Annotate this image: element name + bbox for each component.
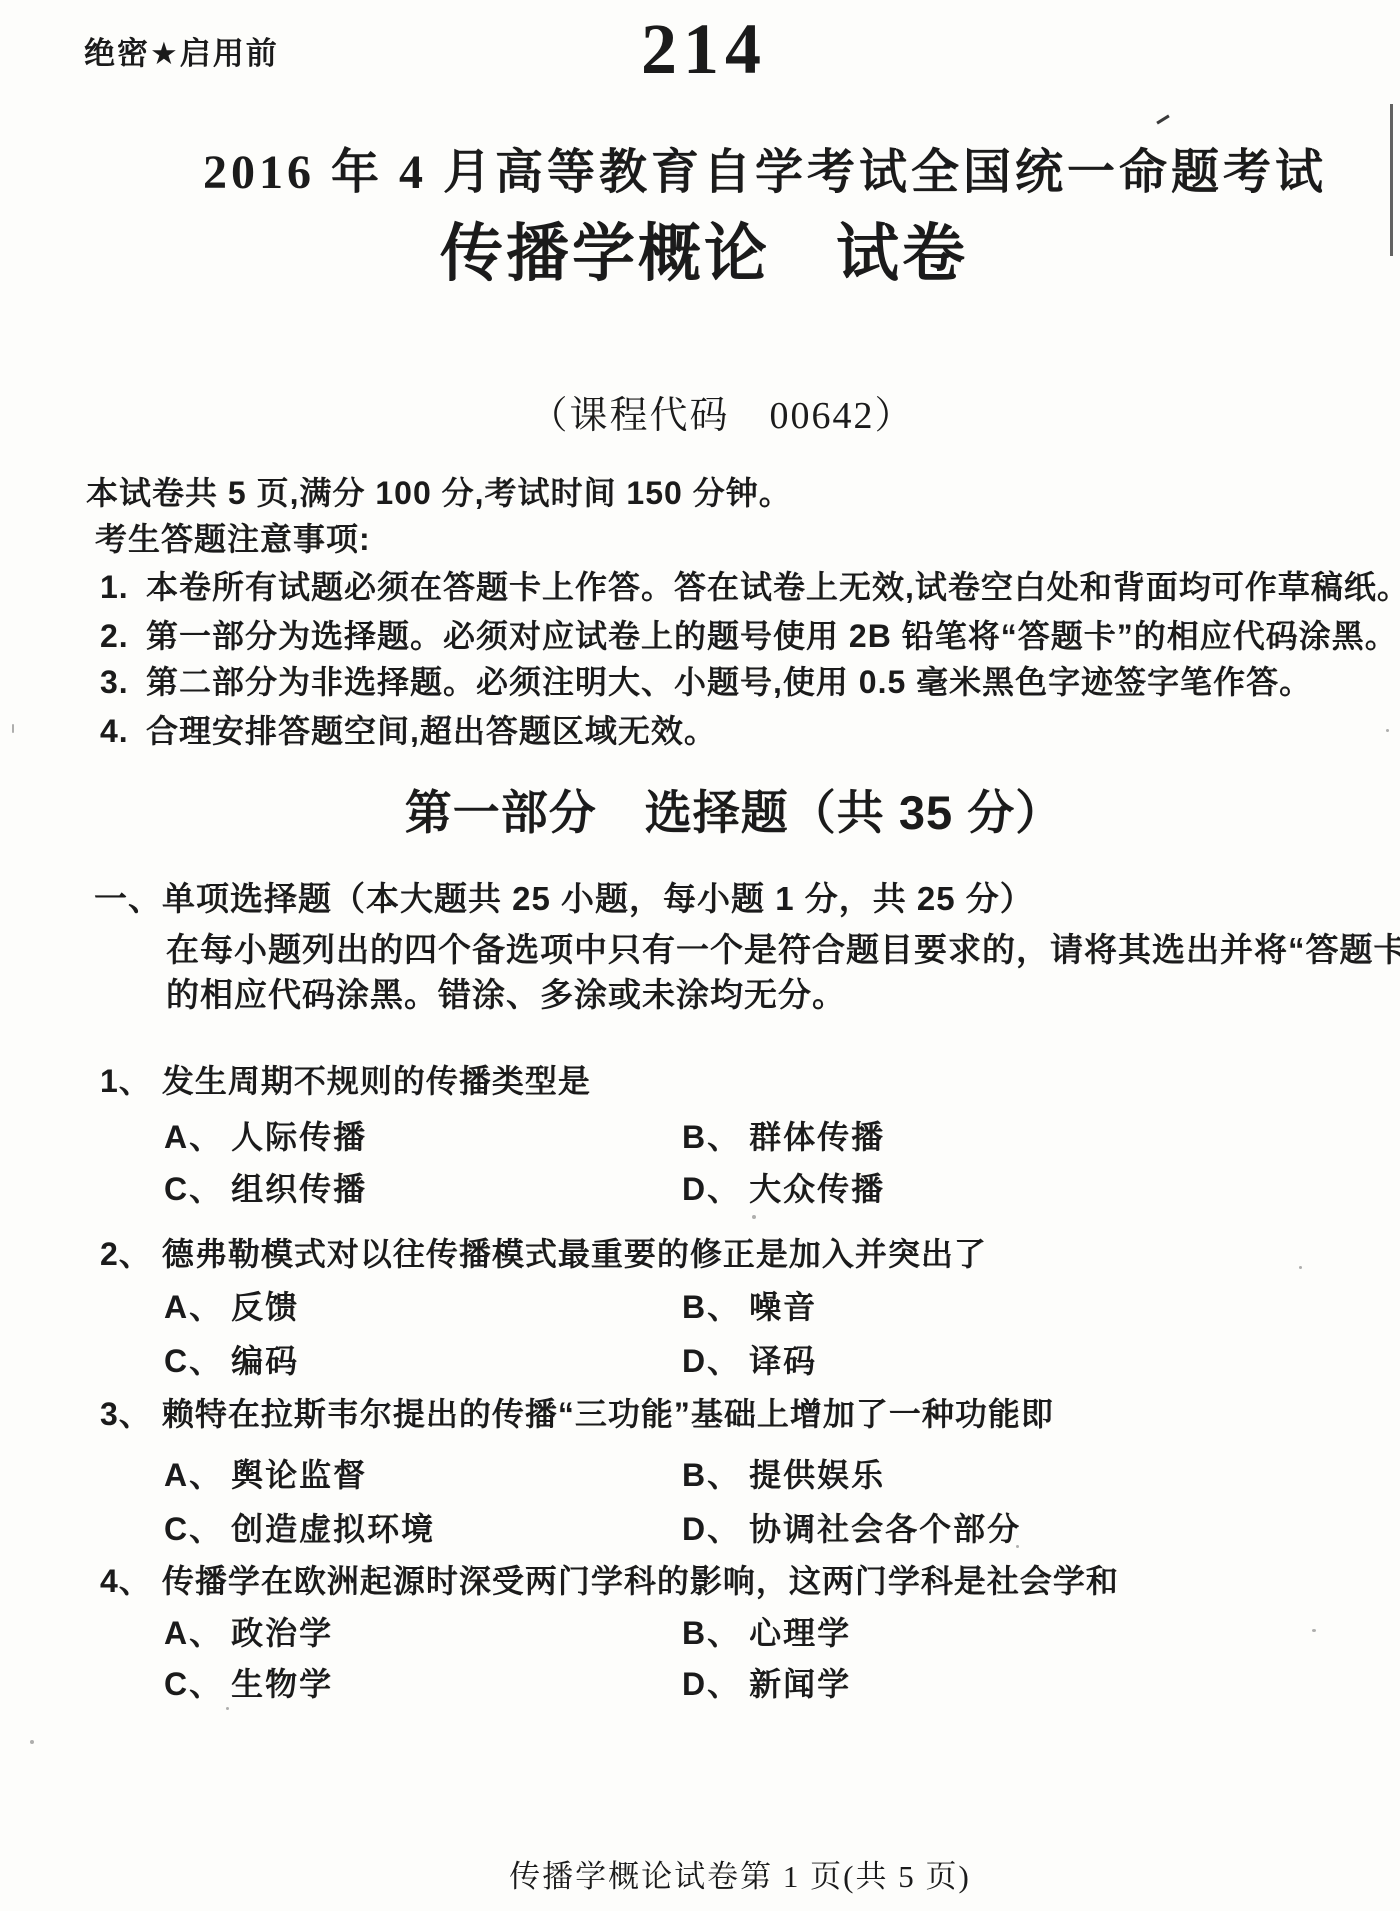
note-text: 本卷所有试题必须在答题卡上作答。答在试卷上无效,试卷空白处和背面均可作草稿纸。	[146, 569, 1400, 605]
option-label: B、	[682, 1119, 741, 1155]
question-number: 1、	[100, 1063, 152, 1099]
option-text: 群体传播	[749, 1119, 885, 1155]
question-text: 德弗勒模式对以往传播模式最重要的修正是加入并突出了	[162, 1236, 987, 1272]
option-label: C、	[164, 1171, 223, 1207]
option-a: A、舆论监督	[164, 1450, 367, 1496]
option-d: D、大众传播	[682, 1164, 885, 1210]
note-number: 1.	[100, 569, 146, 606]
option-text: 协调社会各个部分	[749, 1511, 1021, 1547]
single-choice-instruction-line1: 一、单项选择题（本大题共 25 小题，每小题 1 分，共 25 分）	[94, 873, 1034, 920]
question-stem: 4、传播学在欧洲起源时深受两门学科的影响，这两门学科是社会学和	[100, 1556, 1119, 1602]
note-item: 4.合理安排答题空间,超出答题区域无效。	[100, 706, 717, 752]
option-b: B、群体传播	[682, 1112, 885, 1158]
option-b: B、提供娱乐	[682, 1450, 885, 1496]
scan-edge-line	[1390, 104, 1393, 256]
question-text: 发生周期不规则的传播类型是	[162, 1063, 591, 1099]
option-label: B、	[682, 1289, 741, 1325]
scan-artifact	[30, 1740, 34, 1744]
option-label: D、	[682, 1511, 741, 1547]
option-text: 创造虚拟环境	[231, 1511, 435, 1547]
option-label: A、	[164, 1289, 223, 1325]
option-b: B、噪音	[682, 1282, 817, 1328]
scan-artifact	[1299, 1266, 1302, 1269]
single-choice-instruction-line2: 在每小题列出的四个备选项中只有一个是符合题目要求的，请将其选出并将“答题卡”	[166, 924, 1400, 971]
note-item: 3.第二部分为非选择题。必须注明大、小题号,使用 0.5 毫米黑色字迹签字笔作答…	[100, 657, 1312, 703]
paper-summary: 本试卷共 5 页,满分 100 分,考试时间 150 分钟。	[86, 468, 792, 514]
note-number: 2.	[100, 618, 146, 655]
question-number: 2、	[100, 1236, 152, 1272]
option-b: B、心理学	[682, 1608, 851, 1654]
option-text: 提供娱乐	[749, 1457, 885, 1493]
notes-heading: 考生答题注意事项:	[95, 514, 371, 560]
option-text: 人际传播	[231, 1119, 367, 1155]
option-text: 反馈	[231, 1289, 299, 1325]
option-a: A、政治学	[164, 1608, 333, 1654]
exam-session-title: 2016 年 4 月高等教育自学考试全国统一命题考试	[203, 133, 1327, 202]
note-item: 2.第一部分为选择题。必须对应试卷上的题号使用 2B 铅笔将“答题卡”的相应代码…	[100, 611, 1398, 657]
option-label: D、	[682, 1171, 741, 1207]
option-text: 心理学	[749, 1615, 851, 1651]
option-text: 新闻学	[749, 1666, 851, 1702]
question-text: 传播学在欧洲起源时深受两门学科的影响，这两门学科是社会学和	[162, 1563, 1119, 1599]
classification-label: 绝密★启用前	[84, 28, 279, 73]
option-d: D、译码	[682, 1336, 817, 1382]
single-choice-instruction-line3: 的相应代码涂黑。错涂、多涂或未涂均无分。	[166, 969, 846, 1016]
option-text: 大众传播	[749, 1171, 885, 1207]
option-label: A、	[164, 1119, 223, 1155]
scan-artifact	[1386, 729, 1389, 732]
option-label: D、	[682, 1666, 741, 1702]
option-d: D、新闻学	[682, 1659, 851, 1705]
question-stem: 1、发生周期不规则的传播类型是	[100, 1056, 591, 1102]
question-text: 赖特在拉斯韦尔提出的传播“三功能”基础上增加了一种功能即	[162, 1396, 1054, 1432]
section-heading: 第一部分 选择题（共 35 分）	[405, 776, 1063, 843]
option-label: A、	[164, 1457, 223, 1493]
option-d: D、协调社会各个部分	[682, 1504, 1021, 1550]
scan-artifact	[1156, 115, 1169, 125]
question-number: 3、	[100, 1396, 152, 1432]
note-item: 1.本卷所有试题必须在答题卡上作答。答在试卷上无效,试卷空白处和背面均可作草稿纸…	[100, 562, 1400, 608]
option-text: 编码	[231, 1343, 299, 1379]
option-label: B、	[682, 1615, 741, 1651]
option-c: C、编码	[164, 1336, 299, 1382]
note-text: 第一部分为选择题。必须对应试卷上的题号使用 2B 铅笔将“答题卡”的相应代码涂黑…	[146, 618, 1398, 654]
scan-artifact	[1312, 1629, 1316, 1632]
note-text: 合理安排答题空间,超出答题区域无效。	[146, 713, 717, 749]
option-label: D、	[682, 1343, 741, 1379]
question-number: 4、	[100, 1563, 152, 1599]
option-c: C、创造虚拟环境	[164, 1504, 435, 1550]
option-text: 译码	[749, 1343, 817, 1379]
option-c: C、生物学	[164, 1659, 333, 1705]
option-text: 组织传播	[231, 1171, 367, 1207]
option-text: 舆论监督	[231, 1457, 367, 1493]
option-a: A、反馈	[164, 1282, 299, 1328]
option-label: C、	[164, 1343, 223, 1379]
option-label: C、	[164, 1666, 223, 1702]
option-text: 生物学	[231, 1666, 333, 1702]
option-text: 政治学	[231, 1615, 333, 1651]
option-a: A、人际传播	[164, 1112, 367, 1158]
note-number: 4.	[100, 713, 146, 750]
note-text: 第二部分为非选择题。必须注明大、小题号,使用 0.5 毫米黑色字迹签字笔作答。	[146, 664, 1312, 700]
question-stem: 3、赖特在拉斯韦尔提出的传播“三功能”基础上增加了一种功能即	[100, 1389, 1054, 1435]
option-text: 噪音	[749, 1289, 817, 1325]
scan-artifact	[12, 724, 14, 733]
option-label: A、	[164, 1615, 223, 1651]
paper-number: 214	[641, 8, 767, 91]
page-footer: 传播学概论试卷第 1 页(共 5 页)	[509, 1851, 971, 1896]
option-label: B、	[682, 1457, 741, 1493]
scan-artifact	[226, 1707, 229, 1710]
option-c: C、组织传播	[164, 1164, 367, 1210]
paper-title: 传播学概论 试卷	[440, 203, 968, 294]
exam-paper-page: 绝密★启用前 214 2016 年 4 月高等教育自学考试全国统一命题考试 传播…	[0, 0, 1400, 1911]
scan-artifact	[752, 1215, 756, 1219]
course-code: （课程代码 00642）	[529, 384, 914, 439]
option-label: C、	[164, 1511, 223, 1547]
note-number: 3.	[100, 664, 146, 701]
question-stem: 2、德弗勒模式对以往传播模式最重要的修正是加入并突出了	[100, 1229, 987, 1275]
scan-artifact	[1016, 1545, 1019, 1548]
